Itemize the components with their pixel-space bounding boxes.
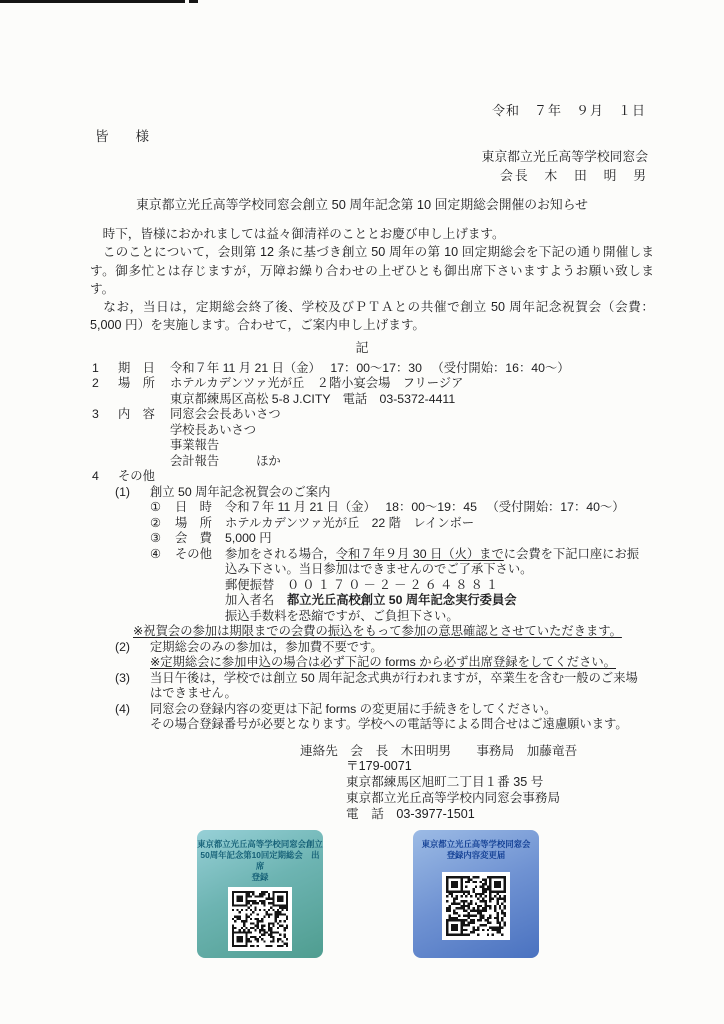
qr-code-section: 東京都立光丘高等学校同窓会創立 50周年記念第10回定期総会 出席 登録 東京都… (197, 830, 724, 958)
qr-card-label: 東京都立光丘高等学校同窓会創立 50周年記念第10回定期総会 出席 登録 (197, 839, 323, 883)
sub-text: 当日午後は，学校では創立 50 周年記念式典が行われますが，卒業生を含む一般のご… (150, 671, 638, 687)
document-title: 東京都立光丘高等学校同窓会創立 50 周年記念第 10 回定期総会開催のお知らせ (0, 194, 724, 213)
document-header: 令和 ７年 ９月 １日 皆 様 東京都立光丘高等学校同窓会 会長 木 田 明 男… (0, 0, 724, 213)
circled-number: ④ (150, 547, 175, 563)
row-value: 令和７年 11 月 21 日（金） 18：00～19：45 （受付開始：17：4… (225, 500, 625, 516)
sub-text: 定期総会のみの参加は，参加費不要です。 (150, 640, 383, 656)
banquet-place-row: ② 場 所 ホテルカデンツァ光が丘 22 階 レインボー (150, 516, 684, 532)
salutation: 皆 様 (95, 125, 724, 145)
text-segment: に会費を下記口座にお振 (504, 547, 639, 561)
agenda-row: 会計報告 ほか (92, 454, 684, 470)
list-item-date: 1 期 日 令和７年 11 月 21 日（金） 17：00～17：30 （受付開… (92, 361, 684, 377)
document-date: 令和 ７年 ９月 １日 (0, 100, 724, 119)
venue-address: 東京都練馬区高松 5-8 J.CITY 電話 03-5372-4411 (170, 392, 455, 408)
agenda-row: 学校長あいさつ (92, 423, 684, 439)
item-value: ホテルカデンツァ光が丘 ２階小宴会場 フリージア (170, 376, 463, 392)
circled-number: ① (150, 500, 175, 516)
row-value: ホテルカデンツァ光が丘 22 階 レインボー (225, 516, 474, 532)
fee-note-row: 振込手数料を恐縮ですが、ご負担下さい。 (225, 609, 684, 625)
item-value: 令和７年 11 月 21 日（金） 17：00～17：30 （受付開始：16：4… (170, 361, 570, 377)
sub-item-banquet-title: (1) 創立 50 周年記念祝賀会のご案内 (115, 485, 684, 501)
row-label: 日 時 (175, 500, 225, 516)
transfer-account-number: ００１７０－２－２６４８８１ (287, 578, 501, 594)
item-number: 3 (92, 407, 118, 423)
scan-artifact-line (0, 0, 185, 3)
contact-postal-code: 〒179-0071 (346, 759, 724, 775)
qr-card-attendance-registration: 東京都立光丘高等学校同窓会創立 50周年記念第10回定期総会 出席 登録 (197, 830, 323, 958)
greeting-paragraph: 時下，皆様におかれましては益々御清祥のこととお慶び申し上げます。 (90, 225, 654, 243)
contact-phone: 電 話 03-3977-1501 (346, 807, 724, 823)
forms-registration-note-row: ※定期総会に参加申込の場合は必ず下記の forms から必ず出席登録をしてくださ… (150, 655, 684, 671)
deadline-underlined: 令和７年９月 30 日（火）まで (336, 547, 504, 561)
qr-label-line: 50周年記念第10回定期総会 出席 (197, 850, 323, 872)
qr-label-line: 東京都立光丘高等学校同窓会 (413, 839, 539, 850)
forms-registration-note: ※定期総会に参加申込の場合は必ず下記の forms から必ず出席登録をしてくださ… (150, 655, 616, 671)
item-number: 2 (92, 376, 118, 392)
scanned-document-page: 令和 ７年 ９月 １日 皆 様 東京都立光丘高等学校同窓会 会長 木 田 明 男… (0, 0, 724, 1024)
payment-continuation-line: 込み下さい。当日参加はできませんのでご了承下さい。 (92, 562, 684, 578)
sub-title: 創立 50 周年記念祝賀会のご案内 (150, 485, 330, 501)
sender-president-name: 会長 木 田 明 男 (0, 166, 648, 185)
agenda-line: 会計報告 ほか (170, 454, 281, 470)
sender-organization: 東京都立光丘高等学校同窓会 (0, 147, 648, 166)
ki-heading: 記 (0, 337, 724, 356)
payee-name: 都立光丘高校創立 50 周年記念実行委員会 (287, 593, 517, 609)
text-segment: 込み下さい。当日参加はできませんのでご了承下さい。 (225, 562, 532, 578)
sub-text: 同窓会の登録内容の変更は下記 forms の変更届に手続きをしてください。 (150, 702, 556, 718)
transfer-label: 郵便振替 (225, 578, 287, 594)
agenda-line: 事業報告 (170, 438, 219, 454)
sub-text: その場合登録番号が必要となります。学校への電話等による問合せはご遠慮願います。 (150, 717, 628, 733)
sender-block: 東京都立光丘高等学校同窓会 会長 木 田 明 男 (0, 147, 724, 185)
place-address-line: 東京都練馬区高松 5-8 J.CITY 電話 03-5372-4411 (92, 392, 684, 408)
list-item-place: 2 場 所 ホテルカデンツァ光が丘 ２階小宴会場 フリージア (92, 376, 684, 392)
payee-label: 加入者名 (225, 593, 287, 609)
banquet-confirmation-note: ※祝賀会の参加は期限までの会費の振込をもって参加の意思確認とさせていただきます。 (133, 624, 622, 640)
sub-item-ceremony: (3) 当日午後は，学校では創立 50 周年記念式典が行われますが，卒業生を含む… (115, 671, 684, 687)
qr-label-line: 東京都立光丘高等学校同窓会創立 (197, 839, 323, 850)
agenda-line: 同窓会会長あいさつ (170, 407, 281, 423)
announcement-paragraph: このことについて，会則第 12 条に基づき創立 50 周年の第 10 回定期総会… (90, 243, 654, 298)
registration-change-continuation-row: その場合登録番号が必要となります。学校への電話等による問合せはご遠慮願います。 (150, 717, 684, 733)
sub-number: (2) (115, 640, 150, 656)
circled-number: ③ (150, 531, 175, 547)
celebration-paragraph: なお，当日は，定期総会終了後、学校及びＰＴＡとの共催で創立 50 周年記念祝賀会… (90, 298, 654, 335)
sub-number: (4) (115, 702, 150, 718)
sub-text: はできません。 (150, 686, 237, 702)
qr-code-icon (228, 887, 292, 951)
qr-card-registration-change: 東京都立光丘高等学校同窓会 登録内容変更届 (413, 830, 539, 958)
contact-address: 東京都練馬区旭町二丁目１番 35 号 (346, 775, 724, 791)
sub-number: (1) (115, 485, 150, 501)
ceremony-continuation-row: はできません。 (150, 686, 684, 702)
contact-persons: 連絡先 会 長 木田明男 事務局 加藤竜吾 (300, 744, 724, 760)
qr-code-icon (442, 872, 510, 940)
item-label: 場 所 (118, 376, 170, 392)
row-label: 会 費 (175, 531, 225, 547)
qr-label-line: 登録内容変更届 (413, 850, 539, 861)
scan-artifact-dash (189, 0, 198, 3)
details-list: 1 期 日 令和７年 11 月 21 日（金） 17：00～17：30 （受付開… (92, 361, 684, 733)
row-value: 5,000 円 (225, 531, 272, 547)
banquet-datetime-row: ① 日 時 令和７年 11 月 21 日（金） 18：00～19：45 （受付開… (150, 500, 684, 516)
payee-row: 加入者名 都立光丘高校創立 50 周年記念実行委員会 (225, 593, 684, 609)
body-paragraphs: 時下，皆様におかれましては益々御清祥のこととお慶び申し上げます。 このことについ… (90, 225, 654, 335)
list-item-contents: 3 内 容 同窓会会長あいさつ (92, 407, 684, 423)
fee-note: 振込手数料を恐縮ですが、ご負担下さい。 (225, 609, 459, 625)
item-label: 期 日 (118, 361, 170, 377)
item-label: 内 容 (118, 407, 170, 423)
banquet-note-row: ※祝賀会の参加は期限までの会費の振込をもって参加の意思確認とさせていただきます。 (133, 624, 684, 640)
postal-transfer-row: 郵便振替 ００１７０－２－２６４８８１ (225, 578, 684, 594)
sub-item-general-meeting: (2) 定期総会のみの参加は，参加費不要です。 (115, 640, 684, 656)
item-label: その他 (118, 469, 170, 485)
contact-office: 東京都立光丘高等学校内同窓会事務局 (346, 791, 724, 807)
sub-number: (3) (115, 671, 150, 687)
agenda-line: 学校長あいさつ (170, 423, 256, 439)
banquet-other-row: ④ その他 参加をされる場合，令和７年９月 30 日（火）までに会費を下記口座に… (150, 547, 684, 563)
contact-details: 〒179-0071 東京都練馬区旭町二丁目１番 35 号 東京都立光丘高等学校内… (346, 759, 724, 822)
agenda-row: 事業報告 (92, 438, 684, 454)
row-label: 場 所 (175, 516, 225, 532)
banquet-fee-row: ③ 会 費 5,000 円 (150, 531, 684, 547)
row-label: その他 (175, 547, 225, 563)
contact-block: 連絡先 会 長 木田明男 事務局 加藤竜吾 〒179-0071 東京都練馬区旭町… (300, 744, 724, 823)
item-number: 4 (92, 469, 118, 485)
list-item-other: 4 その他 (92, 469, 684, 485)
payment-deadline-line: 参加をされる場合，令和７年９月 30 日（火）までに会費を下記口座にお振 (225, 547, 639, 563)
qr-card-label: 東京都立光丘高等学校同窓会 登録内容変更届 (413, 839, 539, 861)
qr-label-line: 登録 (197, 872, 323, 883)
text-segment: 参加をされる場合， (225, 547, 336, 561)
sub-item-registration-change: (4) 同窓会の登録内容の変更は下記 forms の変更届に手続きをしてください… (115, 702, 684, 718)
circled-number: ② (150, 516, 175, 532)
item-number: 1 (92, 361, 118, 377)
